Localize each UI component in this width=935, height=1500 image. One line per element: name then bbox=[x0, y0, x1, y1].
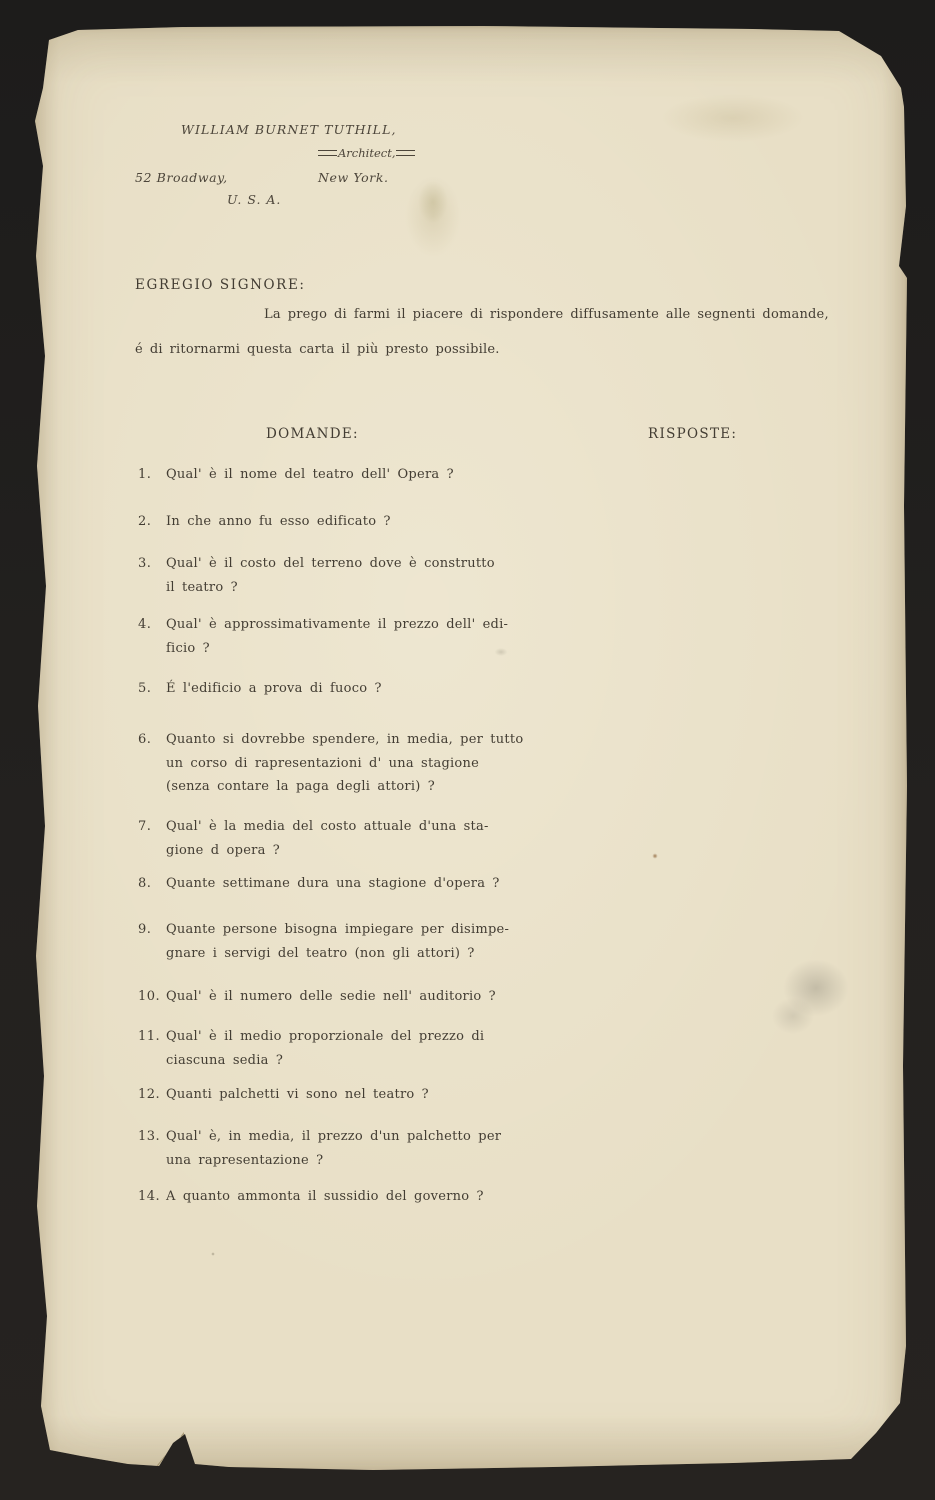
question-number: 6. bbox=[138, 728, 166, 752]
question-text: Qual' è il medio proporzionale del prezz… bbox=[166, 1025, 484, 1072]
question-text: In che anno fu esso edificato ? bbox=[166, 510, 391, 534]
question-number: 1. bbox=[138, 463, 166, 487]
letterhead-title-text: Architect, bbox=[338, 146, 395, 160]
question-text: A quanto ammonta il sussidio del governo… bbox=[166, 1185, 484, 1209]
question-number: 9. bbox=[138, 918, 166, 942]
letterhead-country: U. S. A. bbox=[227, 192, 281, 207]
question-item-3: 3.Qual' è il costo del terreno dove è co… bbox=[138, 552, 495, 599]
question-item-11: 11.Qual' è il medio proporzionale del pr… bbox=[138, 1025, 484, 1072]
question-number: 10. bbox=[138, 985, 166, 1009]
question-number: 2. bbox=[138, 510, 166, 534]
question-text: Quanto si dovrebbe spendere, in media, p… bbox=[166, 728, 523, 799]
salutation: EGREGIO SIGNORE: bbox=[135, 277, 306, 293]
question-item-5: 5.É l'edificio a prova di fuoco ? bbox=[138, 677, 382, 701]
letterhead-city: New York. bbox=[318, 170, 389, 185]
question-number: 11. bbox=[138, 1025, 166, 1049]
question-item-14: 14.A quanto ammonta il sussidio del gove… bbox=[138, 1185, 484, 1209]
question-text: Qual' è, in media, il prezzo d'un palche… bbox=[166, 1125, 501, 1172]
letterhead-title: Architect, bbox=[317, 146, 416, 160]
question-text: Qual' è il costo del terreno dove è cons… bbox=[166, 552, 495, 599]
question-item-9: 9.Quante persone bisogna impiegare per d… bbox=[138, 918, 509, 965]
question-text: Qual' è il nome del teatro dell' Opera ? bbox=[166, 463, 454, 487]
question-text: Qual' è la media del costo attuale d'una… bbox=[166, 815, 489, 862]
question-text: É l'edificio a prova di fuoco ? bbox=[166, 677, 382, 701]
photo-background: WILLIAM BURNET TUTHILL, Architect, 52 Br… bbox=[0, 0, 935, 1500]
question-number: 8. bbox=[138, 872, 166, 896]
double-rule-left bbox=[318, 150, 337, 156]
question-item-1: 1.Qual' è il nome del teatro dell' Opera… bbox=[138, 463, 454, 487]
letterhead-address: 52 Broadway, bbox=[135, 170, 228, 185]
question-text: Quanti palchetti vi sono nel teatro ? bbox=[166, 1083, 429, 1107]
question-item-8: 8.Quante settimane dura una stagione d'o… bbox=[138, 872, 500, 896]
document-page: WILLIAM BURNET TUTHILL, Architect, 52 Br… bbox=[33, 26, 908, 1473]
question-text: Qual' è approssimativamente il prezzo de… bbox=[166, 613, 508, 660]
question-number: 4. bbox=[138, 613, 166, 637]
question-text: Quante settimane dura una stagione d'ope… bbox=[166, 872, 500, 896]
question-item-13: 13.Qual' è, in media, il prezzo d'un pal… bbox=[138, 1125, 501, 1172]
question-number: 5. bbox=[138, 677, 166, 701]
column-header-risposte: RISPOSTE: bbox=[648, 426, 737, 442]
question-item-12: 12.Quanti palchetti vi sono nel teatro ? bbox=[138, 1083, 429, 1107]
question-item-6: 6.Quanto si dovrebbe spendere, in media,… bbox=[138, 728, 523, 799]
question-item-2: 2.In che anno fu esso edificato ? bbox=[138, 510, 391, 534]
question-text: Qual' è il numero delle sedie nell' audi… bbox=[166, 985, 496, 1009]
question-text: Quante persone bisogna impiegare per dis… bbox=[166, 918, 509, 965]
intro-paragraph-line2: é di ritornarmi questa carta il più pres… bbox=[135, 342, 500, 357]
question-item-4: 4.Qual' è approssimativamente il prezzo … bbox=[138, 613, 508, 660]
question-number: 14. bbox=[138, 1185, 166, 1209]
intro-paragraph-line1: La prego di farmi il piacere di risponde… bbox=[264, 307, 829, 322]
letterhead-name: WILLIAM BURNET TUTHILL, bbox=[181, 122, 397, 137]
question-item-7: 7.Qual' è la media del costo attuale d'u… bbox=[138, 815, 489, 862]
question-number: 12. bbox=[138, 1083, 166, 1107]
question-number: 3. bbox=[138, 552, 166, 576]
question-number: 13. bbox=[138, 1125, 166, 1149]
column-header-domande: DOMANDE: bbox=[266, 426, 359, 442]
double-rule-right bbox=[396, 150, 415, 156]
question-number: 7. bbox=[138, 815, 166, 839]
question-item-10: 10.Qual' è il numero delle sedie nell' a… bbox=[138, 985, 496, 1009]
